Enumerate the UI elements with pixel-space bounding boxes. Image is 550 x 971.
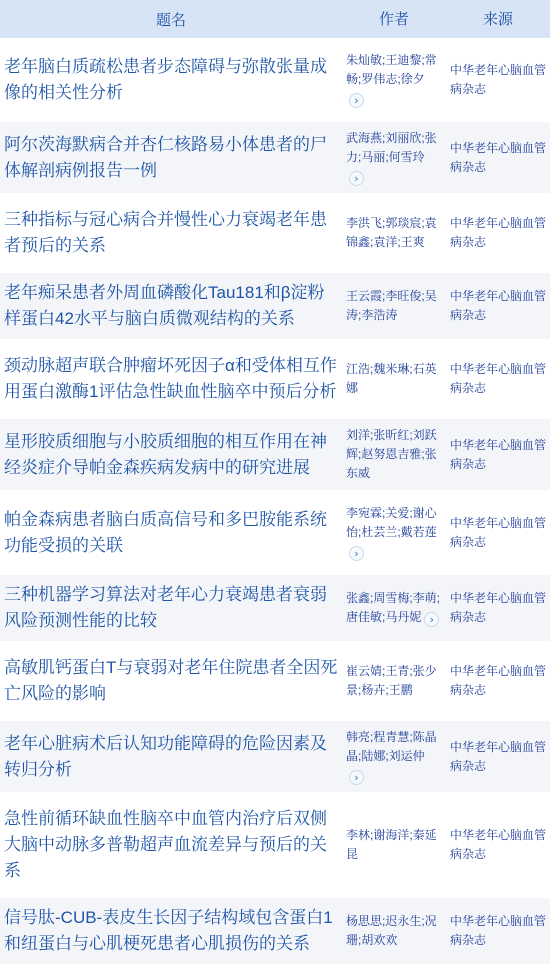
article-title-cell: 星形胶质细胞与小胶质细胞的相互作用在神经炎症介导帕金森疾病发病中的研究进展 [0,429,338,481]
article-source-cell: 中华老年心脑血管病杂志 [450,589,546,627]
article-title-cell: 老年痴呆患者外周血磷酸化Tau181和β淀粉样蛋白42水平与脑白质微观结构的关系 [0,280,338,332]
article-source-cell: 中华老年心脑血管病杂志 [450,514,546,552]
article-authors-cell: 武海燕;刘丽欣;张力;马丽;何雪玲› [346,129,442,186]
article-authors-text[interactable]: 王云霞;李旺俊;吴涛;李浩涛 [346,289,437,322]
article-source-text[interactable]: 中华老年心脑血管病杂志 [450,828,546,861]
article-source-cell: 中华老年心脑血管病杂志 [450,436,546,474]
article-source-text[interactable]: 中华老年心脑血管病杂志 [450,141,546,174]
article-source-text[interactable]: 中华老年心脑血管病杂志 [450,438,546,471]
article-source-cell: 中华老年心脑血管病杂志 [450,738,546,776]
article-title-link[interactable]: 星形胶质细胞与小胶质细胞的相互作用在神经炎症介导帕金森疾病发病中的研究进展 [4,429,338,481]
article-title-link[interactable]: 急性前循环缺血性脑卒中血管内治疗后双侧大脑中动脉多普勒超声血流差异与预后的关系 [4,806,338,884]
more-authors-chevron-icon[interactable]: › [349,770,364,785]
article-authors-text[interactable]: 李洪飞;郭琰宸;袁锦鑫;袁洋;王爽 [346,216,437,249]
more-authors-chevron-icon[interactable]: › [349,93,364,108]
article-source-text[interactable]: 中华老年心脑血管病杂志 [450,516,546,549]
article-source-cell: 中华老年心脑血管病杂志 [450,662,546,700]
article-source-text[interactable]: 中华老年心脑血管病杂志 [450,289,546,322]
article-title-link[interactable]: 高敏肌钙蛋白T与衰弱对老年住院患者全因死亡风险的影响 [4,655,338,707]
article-title-link[interactable]: 三种机器学习算法对老年心力衰竭患者衰弱风险预测性能的比较 [4,582,338,634]
article-title-cell: 三种指标与冠心病合并慢性心力衰竭老年患者预后的关系 [0,207,338,259]
article-authors-cell: 崔云婧;王青;张少景;杨卉;王鹏› [346,662,442,700]
article-row: 高敏肌钙蛋白T与衰弱对老年住院患者全因死亡风险的影响 崔云婧;王青;张少景;杨卉… [0,648,550,714]
article-title-link[interactable]: 信号肽-CUB-表皮生长因子结构域包含蛋白1和纽蛋白与心肌梗死患者心肌损伤的关系 [4,905,338,957]
column-header-title: 题名 [0,9,338,30]
article-source-text[interactable]: 中华老年心脑血管病杂志 [450,63,546,96]
article-list-page: 题名 作者 来源 老年脑白质疏松患者步态障碍与弥散张量成像的相关性分析 朱灿敏;… [0,0,550,964]
article-row: 老年心脏病术后认知功能障碍的危险因素及转归分析 韩亮;程青慧;陈晶晶;陆娜;刘运… [0,721,550,792]
column-header-source: 来源 [450,10,546,29]
article-authors-text[interactable]: 朱灿敏;王迪黎;常畅;罗伟志;徐夕 [346,53,437,86]
article-title-cell: 老年脑白质疏松患者步态障碍与弥散张量成像的相关性分析 [0,54,338,106]
article-source-text[interactable]: 中华老年心脑血管病杂志 [450,914,546,947]
article-title-cell: 三种机器学习算法对老年心力衰竭患者衰弱风险预测性能的比较 [0,582,338,634]
article-authors-text[interactable]: 江浩;魏米琳;石英娜 [346,362,437,395]
article-authors-text[interactable]: 刘洋;张昕红;刘跃辉;赵努恩吉雅;张东威 [346,428,437,480]
article-authors-cell: 李林;谢海洋;秦延昆› [346,826,442,864]
article-title-link[interactable]: 帕金森病患者脑白质高信号和多巴胺能系统功能受损的关联 [4,507,338,559]
article-title-cell: 颈动脉超声联合肿瘤坏死因子α和受体相互作用蛋白激酶1评估急性缺血性脑卒中预后分析 [0,353,338,405]
article-row: 老年脑白质疏松患者步态障碍与弥散张量成像的相关性分析 朱灿敏;王迪黎;常畅;罗伟… [0,44,550,115]
article-authors-text[interactable]: 武海燕;刘丽欣;张力;马丽;何雪玲 [346,131,437,164]
article-row: 帕金森病患者脑白质高信号和多巴胺能系统功能受损的关联 李宛霖;关爱;谢心怡;杜芸… [0,497,550,568]
more-authors-chevron-icon[interactable]: › [424,612,439,627]
article-authors-text[interactable]: 李宛霖;关爱;谢心怡;杜芸兰;戴若莲 [346,506,437,539]
article-source-cell: 中华老年心脑血管病杂志 [450,61,546,99]
article-source-text[interactable]: 中华老年心脑血管病杂志 [450,216,546,249]
article-table: 题名 作者 来源 老年脑白质疏松患者步态障碍与弥散张量成像的相关性分析 朱灿敏;… [0,0,550,964]
article-title-link[interactable]: 阿尔茨海默病合并杏仁核路易小体患者的尸体解剖病例报告一例 [4,132,338,184]
article-title-link[interactable]: 颈动脉超声联合肿瘤坏死因子α和受体相互作用蛋白激酶1评估急性缺血性脑卒中预后分析 [4,353,338,405]
article-authors-cell: 李宛霖;关爱;谢心怡;杜芸兰;戴若莲› [346,504,442,561]
article-source-cell: 中华老年心脑血管病杂志 [450,214,546,252]
article-authors-text[interactable]: 杨思思;迟永生;况珊;胡欢欢 [346,914,437,947]
article-source-cell: 中华老年心脑血管病杂志 [450,360,546,398]
article-title-cell: 信号肽-CUB-表皮生长因子结构域包含蛋白1和纽蛋白与心肌梗死患者心肌损伤的关系 [0,905,338,957]
article-authors-cell: 刘洋;张昕红;刘跃辉;赵努恩吉雅;张东威› [346,426,442,483]
article-authors-cell: 张鑫;周雪梅;李萌;唐佳敏;马丹妮› [346,589,442,627]
article-title-link[interactable]: 老年痴呆患者外周血磷酸化Tau181和β淀粉样蛋白42水平与脑白质微观结构的关系 [4,280,338,332]
article-title-cell: 帕金森病患者脑白质高信号和多巴胺能系统功能受损的关联 [0,507,338,559]
article-authors-cell: 王云霞;李旺俊;吴涛;李浩涛› [346,287,442,325]
article-title-cell: 高敏肌钙蛋白T与衰弱对老年住院患者全因死亡风险的影响 [0,655,338,707]
article-source-cell: 中华老年心脑血管病杂志 [450,287,546,325]
article-source-text[interactable]: 中华老年心脑血管病杂志 [450,664,546,697]
article-authors-text[interactable]: 李林;谢海洋;秦延昆 [346,828,437,861]
article-source-text[interactable]: 中华老年心脑血管病杂志 [450,740,546,773]
article-row: 三种指标与冠心病合并慢性心力衰竭老年患者预后的关系 李洪飞;郭琰宸;袁锦鑫;袁洋… [0,200,550,266]
article-row: 阿尔茨海默病合并杏仁核路易小体患者的尸体解剖病例报告一例 武海燕;刘丽欣;张力;… [0,122,550,193]
more-authors-chevron-icon[interactable]: › [349,546,364,561]
article-title-cell: 老年心脏病术后认知功能障碍的危险因素及转归分析 [0,731,338,783]
article-title-link[interactable]: 老年心脏病术后认知功能障碍的危险因素及转归分析 [4,731,338,783]
article-authors-text[interactable]: 韩亮;程青慧;陈晶晶;陆娜;刘运仲 [346,730,437,763]
column-header-authors: 作者 [346,10,442,29]
article-row: 星形胶质细胞与小胶质细胞的相互作用在神经炎症介导帕金森疾病发病中的研究进展 刘洋… [0,419,550,490]
article-authors-cell: 韩亮;程青慧;陈晶晶;陆娜;刘运仲› [346,728,442,785]
article-row: 老年痴呆患者外周血磷酸化Tau181和β淀粉样蛋白42水平与脑白质微观结构的关系… [0,273,550,339]
article-row: 信号肽-CUB-表皮生长因子结构域包含蛋白1和纽蛋白与心肌梗死患者心肌损伤的关系… [0,898,550,964]
more-authors-chevron-icon[interactable]: › [349,171,364,186]
article-row: 急性前循环缺血性脑卒中血管内治疗后双侧大脑中动脉多普勒超声血流差异与预后的关系 … [0,799,550,891]
article-title-link[interactable]: 老年脑白质疏松患者步态障碍与弥散张量成像的相关性分析 [4,54,338,106]
article-row: 颈动脉超声联合肿瘤坏死因子α和受体相互作用蛋白激酶1评估急性缺血性脑卒中预后分析… [0,346,550,412]
article-source-text[interactable]: 中华老年心脑血管病杂志 [450,591,546,624]
article-authors-cell: 李洪飞;郭琰宸;袁锦鑫;袁洋;王爽› [346,214,442,252]
article-authors-cell: 江浩;魏米琳;石英娜› [346,360,442,398]
article-row: 三种机器学习算法对老年心力衰竭患者衰弱风险预测性能的比较 张鑫;周雪梅;李萌;唐… [0,575,550,641]
article-source-text[interactable]: 中华老年心脑血管病杂志 [450,362,546,395]
table-header: 题名 作者 来源 [0,0,550,38]
article-source-cell: 中华老年心脑血管病杂志 [450,139,546,177]
article-authors-cell: 朱灿敏;王迪黎;常畅;罗伟志;徐夕› [346,51,442,108]
table-body: 老年脑白质疏松患者步态障碍与弥散张量成像的相关性分析 朱灿敏;王迪黎;常畅;罗伟… [0,44,550,964]
article-authors-text[interactable]: 崔云婧;王青;张少景;杨卉;王鹏 [346,664,437,697]
article-source-cell: 中华老年心脑血管病杂志 [450,912,546,950]
article-authors-cell: 杨思思;迟永生;况珊;胡欢欢› [346,912,442,950]
article-source-cell: 中华老年心脑血管病杂志 [450,826,546,864]
article-title-cell: 阿尔茨海默病合并杏仁核路易小体患者的尸体解剖病例报告一例 [0,132,338,184]
article-title-link[interactable]: 三种指标与冠心病合并慢性心力衰竭老年患者预后的关系 [4,207,338,259]
article-title-cell: 急性前循环缺血性脑卒中血管内治疗后双侧大脑中动脉多普勒超声血流差异与预后的关系 [0,806,338,884]
